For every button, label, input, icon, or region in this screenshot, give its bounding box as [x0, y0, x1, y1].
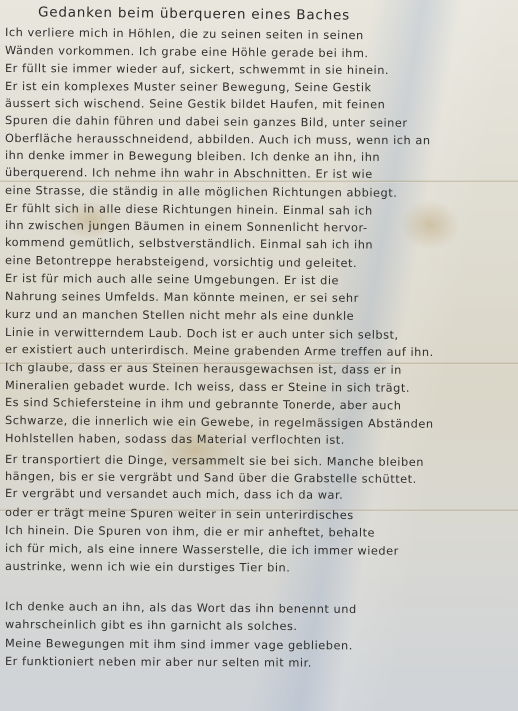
text-line: oder er trägt meine Spuren weiter in sei… [5, 506, 354, 522]
text-line: Linie in verwitterndem Laub. Doch ist er… [5, 326, 399, 342]
text-line: Oberfläche herausschneidend, abbilden. A… [5, 132, 431, 147]
text-line: Ich denke auch an ihn, als das Wort das … [5, 600, 357, 616]
text-line: er existiert auch unterirdisch. Meine gr… [5, 343, 434, 359]
text-line: ihn zwischen jungen Bäumen in einem Sonn… [5, 219, 368, 235]
text-line: Hohlstellen haben, sodass das Material v… [5, 432, 345, 447]
text-line: austrinke, wenn ich wie ein durstiges Ti… [5, 560, 290, 574]
text-line: Meine Bewegungen mit ihm sind immer vage… [5, 637, 353, 652]
text-line: ihn denke immer in Bewegung bleiben. Ich… [5, 149, 380, 164]
text-line: Er funktioniert neben mir aber nur selte… [5, 655, 312, 670]
text-line: Nahrung seines Umfelds. Man könnte meine… [5, 290, 359, 305]
text-line: Er ist ein komplexes Muster seiner Beweg… [5, 80, 372, 94]
text-line: Schwarze, die innerlich wie ein Gewebe, … [5, 414, 434, 431]
text-line: wahrscheinlich gibt es ihn garnicht als … [5, 618, 298, 633]
text-line: Ich hinein. Die Spuren von ihm, die er m… [5, 524, 375, 540]
text-line: Wänden vorkommen. Ich grabe eine Höhle g… [5, 44, 369, 60]
text-line: Er füllt sie immer wieder auf, sickert, … [5, 62, 389, 77]
text-line: Mineralien gebadet wurde. Ich weiss, das… [5, 379, 410, 395]
text-line: Er vergräbt und versandet auch mich, das… [5, 487, 343, 502]
text-line: Ich glaube, dass er aus Steinen herausge… [5, 361, 402, 377]
text-line: Er fühlt sich in alle diese Richtungen h… [5, 202, 373, 218]
text-line: Es sind Schiefersteine in ihm und gebran… [5, 396, 402, 412]
text-line: Er transportiert die Dinge, versammelt s… [5, 453, 424, 469]
text-line: eine Strasse, die ständig in alle möglic… [5, 184, 398, 200]
text-line: ich für mich, als eine innere Wasserstel… [5, 542, 399, 558]
text-line: Ich verliere mich in Höhlen, die zu sein… [5, 26, 364, 42]
text-line: überquerend. Ich nehme ihn wahr in Absch… [5, 166, 373, 181]
text-line: eine Betontreppe herabsteigend, vorsicht… [5, 254, 357, 270]
text-line: hängen, bis er sie vergräbt und Sand übe… [5, 470, 417, 486]
text-line: kurz und an manchen Stellen nicht mehr a… [5, 308, 354, 323]
text-line: kommend gemütlich, selbstverständlich. E… [5, 236, 373, 252]
paper-fold [0, 180, 518, 183]
text-line: äussert sich wischend. Seine Gestik bild… [5, 97, 385, 111]
text-line: Er ist für mich auch alle seine Umgebung… [5, 272, 339, 287]
paper-stain [400, 200, 460, 250]
handwritten-letter-page: Gedanken beim überqueren eines Baches Ic… [0, 0, 518, 711]
text-line: Spuren die dahin führen und dabei sein g… [5, 114, 408, 130]
letter-title: Gedanken beim überqueren eines Baches [38, 4, 350, 23]
